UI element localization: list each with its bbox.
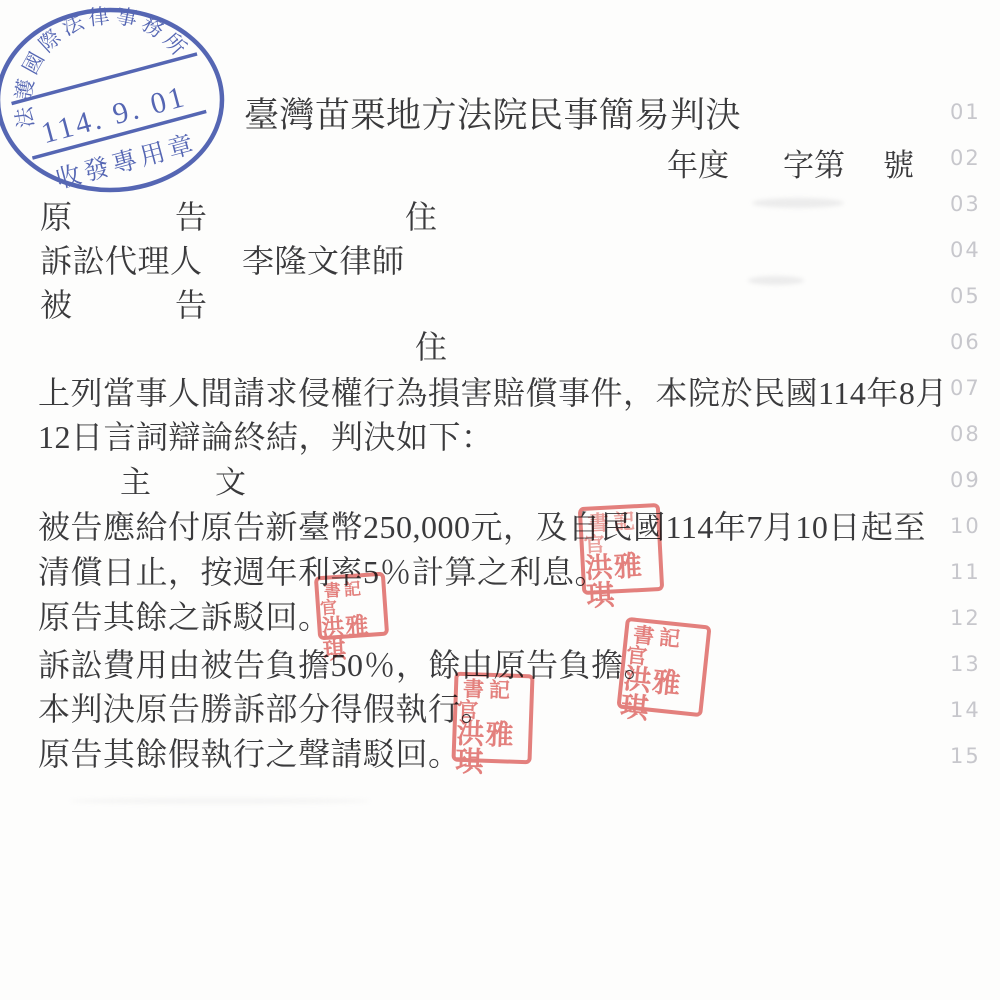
line-number: 03 [950,192,990,216]
intro-line-2: 12日言詞辯論終結，判決如下： [38,412,494,458]
clerk-seal-title: 書記官 [582,510,658,556]
line-number: 11 [950,560,990,584]
scan-smudge [748,276,804,285]
line-number: 12 [950,606,990,630]
case-year-label: 年度 [667,140,729,185]
scan-smudge [70,798,370,804]
clerk-seal-title: 書記官 [457,679,530,723]
main-text-heading-2: 文 [215,457,246,502]
scanned-judgment-page: 法護國際法律事務所 114. 9. 01 收發專用章 臺灣苗栗地方法院民事簡易判… [0,0,1000,1000]
judgment-line: 原告其餘假執行之聲請駁回。 [38,729,461,775]
judgment-line: 原告其餘之訴駁回。 [38,592,331,638]
agent-label: 訴訟代理人 [40,236,203,282]
plaintiff-label-2: 告 [175,192,208,238]
main-text-heading: 主 [120,457,151,502]
judgment-line: 本判決原告勝訴部分得假執行。 [38,684,493,730]
line-number: 04 [950,238,990,262]
clerk-seal-name: 洪雅琪 [619,666,702,730]
line-number: 08 [950,422,990,446]
line-number: 06 [950,330,990,354]
intro-line-1: 上列當事人間請求侵權行為損害賠償事件，本院於民國114年8月 [38,368,948,414]
clerk-seal-name: 洪雅琪 [321,613,387,663]
scan-smudge [752,198,844,208]
line-number: 14 [950,698,990,722]
clerk-seal: 書記官 洪雅琪 [451,672,534,765]
line-number: 05 [950,284,990,308]
clerk-seal: 書記官 洪雅琪 [314,572,389,641]
judgment-line: 被告應給付原告新臺幣250,000元，及自民國114年7月10日起至 [38,502,926,548]
clerk-seal-title: 書記官 [318,579,383,617]
agent-name: 李隆文律師 [242,236,405,282]
line-number: 01 [950,100,990,124]
line-number: 09 [950,468,990,492]
plaintiff-label: 原 [40,192,73,238]
case-word-label: 字第 [783,140,845,185]
line-number: 10 [950,514,990,538]
clerk-seal: 書記官 洪雅琪 [578,503,664,595]
clerk-seal: 書記官 洪雅琪 [616,617,711,717]
case-number-label: 號 [883,140,914,185]
plaintiff-residence-label: 住 [405,192,438,238]
law-firm-receipt-stamp: 法護國際法律事務所 114. 9. 01 收發專用章 [0,4,232,200]
line-number: 02 [950,146,990,170]
line-number: 15 [950,744,990,768]
defendant-residence-label: 住 [415,322,448,368]
clerk-seal-name: 洪雅琪 [584,552,661,612]
line-number: 13 [950,652,990,676]
defendant-label: 被 [40,280,73,326]
line-number: 07 [950,376,990,400]
defendant-label-2: 告 [175,280,208,326]
clerk-seal-name: 洪雅琪 [455,721,529,779]
document-title: 臺灣苗栗地方法院民事簡易判決 [244,88,741,138]
